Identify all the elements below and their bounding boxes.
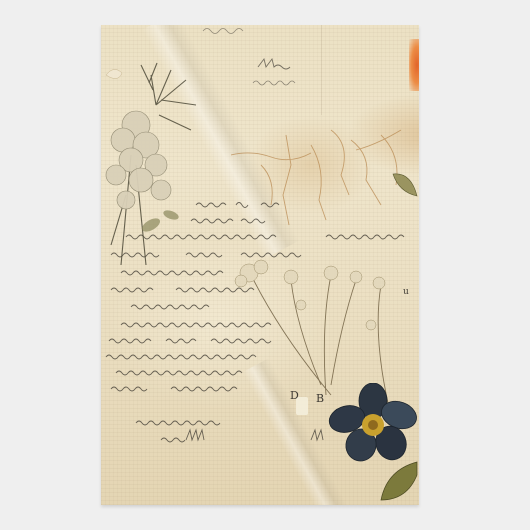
green-leaf [377, 460, 419, 505]
stamp-letter-b: B [316, 392, 324, 405]
script-text-line [201, 25, 261, 35]
script-text-line [256, 57, 296, 71]
stamp-letter-u: u [403, 287, 409, 297]
product-scene: D B u [0, 0, 530, 530]
tea-towel: D B u [101, 25, 419, 505]
stamp-letter-d: D [290, 389, 299, 402]
ruled-grid-area [321, 25, 419, 115]
dried-hydrangea-flower [101, 45, 211, 265]
dark-blue-anemone-flower [327, 383, 419, 465]
green-leaf [391, 170, 419, 200]
script-text-line [251, 77, 301, 87]
